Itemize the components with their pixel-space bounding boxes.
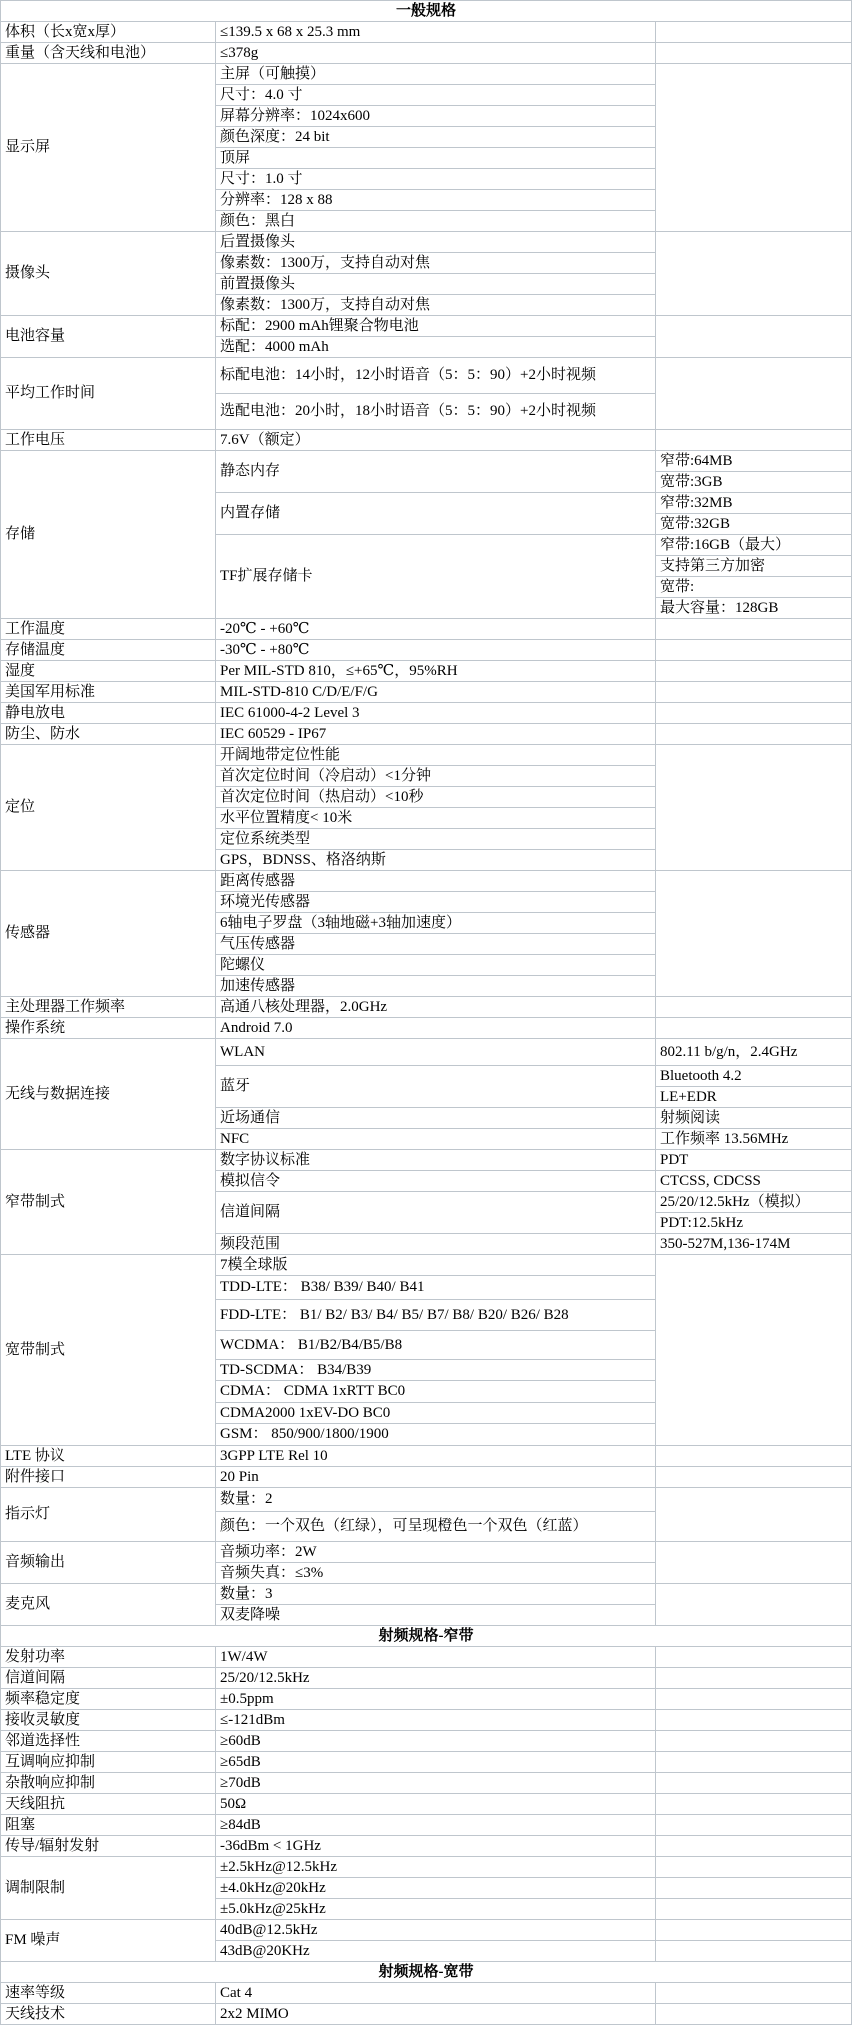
spec-value-cell: 像素数：1300万，支持自动对焦 <box>216 295 656 316</box>
spec-label-cell: 天线阻抗 <box>1 1794 216 1815</box>
spec-value-cell: 标配电池：14小时，12小时语音（5：5：90）+2小时视频 <box>216 358 656 394</box>
section-header-row: 一般规格 <box>1 1 852 22</box>
spec-value-cell: 尺寸：1.0 寸 <box>216 169 656 190</box>
spec-value-cell: WCDMA： B1/B2/B4/B5/B8 <box>216 1331 656 1360</box>
spec-value-cell: TDD-LTE： B38/ B39/ B40/ B41 <box>216 1276 656 1300</box>
spec-value-cell: 40dB@12.5kHz <box>216 1920 656 1941</box>
spec-value-cell: CDMA： CDMA 1xRTT BC0 <box>216 1381 656 1403</box>
spec-note-cell <box>656 1920 852 1941</box>
spec-value-cell: 双麦降噪 <box>216 1605 656 1626</box>
spec-value-cell: 25/20/12.5kHz <box>216 1668 656 1689</box>
spec-label-cell: 音频输出 <box>1 1542 216 1584</box>
table-row: 防尘、防水IEC 60529 - IP67 <box>1 724 852 745</box>
spec-value-cell: ≤378g <box>216 43 656 64</box>
spec-value-cell: 标配：2900 mAh锂聚合物电池 <box>216 316 656 337</box>
spec-value-cell: 屏幕分辨率：1024x600 <box>216 106 656 127</box>
spec-value-cell: FDD-LTE： B1/ B2/ B3/ B4/ B5/ B7/ B8/ B20… <box>216 1300 656 1331</box>
spec-label-cell: 摄像头 <box>1 232 216 316</box>
table-row: 接收灵敏度≤-121dBm <box>1 1710 852 1731</box>
spec-note-cell: 802.11 b/g/n，2.4GHz <box>656 1039 852 1066</box>
spec-value-cell: 蓝牙 <box>216 1066 656 1108</box>
section-header-row: 射频规格-宽带 <box>1 1962 852 1983</box>
table-row: 窄带制式数字协议标准PDT <box>1 1150 852 1171</box>
spec-note-cell: 支持第三方加密 <box>656 556 852 577</box>
spec-label-cell: 天线技术 <box>1 2004 216 2025</box>
spec-label-cell: 存储 <box>1 451 216 619</box>
spec-value-cell: 频段范围 <box>216 1234 656 1255</box>
table-row: 天线技术2x2 MIMO <box>1 2004 852 2025</box>
spec-label-cell: 邻道选择性 <box>1 1731 216 1752</box>
section-header: 射频规格-宽带 <box>1 1962 852 1983</box>
spec-value-cell: 陀螺仪 <box>216 955 656 976</box>
spec-note-cell: 窄带:16GB（最大） <box>656 535 852 556</box>
spec-value-cell: 3GPP LTE Rel 10 <box>216 1446 656 1467</box>
spec-value-cell: -20℃ - +60℃ <box>216 619 656 640</box>
spec-note-cell <box>656 1878 852 1899</box>
spec-value-cell: 音频失真：≤3% <box>216 1563 656 1584</box>
spec-value-cell: 选配：4000 mAh <box>216 337 656 358</box>
table-row: 宽带制式7模全球版 <box>1 1255 852 1276</box>
spec-label-cell: 工作温度 <box>1 619 216 640</box>
spec-value-cell: 静态内存 <box>216 451 656 493</box>
spec-value-cell: 50Ω <box>216 1794 656 1815</box>
spec-value-cell: 水平位置精度< 10米 <box>216 808 656 829</box>
spec-label-cell: 电池容量 <box>1 316 216 358</box>
spec-note-cell: 宽带:3GB <box>656 472 852 493</box>
spec-value-cell: 环境光传感器 <box>216 892 656 913</box>
spec-label-cell: 窄带制式 <box>1 1150 216 1255</box>
spec-note-cell <box>656 640 852 661</box>
spec-value-cell: 主屏（可触摸） <box>216 64 656 85</box>
spec-label-cell: 发射功率 <box>1 1647 216 1668</box>
spec-value-cell: 颜色深度：24 bit <box>216 127 656 148</box>
spec-note-cell <box>656 2004 852 2025</box>
spec-value-cell: IEC 61000-4-2 Level 3 <box>216 703 656 724</box>
table-row: 速率等级Cat 4 <box>1 1983 852 2004</box>
spec-value-cell: 首次定位时间（冷启动）<1分钟 <box>216 766 656 787</box>
spec-note-cell <box>656 997 852 1018</box>
spec-label-cell: 湿度 <box>1 661 216 682</box>
spec-value-cell: TD-SCDMA： B34/B39 <box>216 1360 656 1381</box>
spec-value-cell: 前置摄像头 <box>216 274 656 295</box>
spec-note-cell <box>656 1467 852 1488</box>
spec-label-cell: 传感器 <box>1 871 216 997</box>
spec-note-cell <box>656 1794 852 1815</box>
spec-label-cell: 信道间隔 <box>1 1668 216 1689</box>
table-row: 主处理器工作频率高通八核处理器，2.0GHz <box>1 997 852 1018</box>
table-row: 工作温度-20℃ - +60℃ <box>1 619 852 640</box>
spec-note-cell: 25/20/12.5kHz（模拟） <box>656 1192 852 1213</box>
spec-value-cell: 开阔地带定位性能 <box>216 745 656 766</box>
spec-label-cell: 互调响应抑制 <box>1 1752 216 1773</box>
spec-label-cell: 麦克风 <box>1 1584 216 1626</box>
table-row: 操作系统Android 7.0 <box>1 1018 852 1039</box>
spec-note-cell <box>656 232 852 316</box>
table-row: 调制限制±2.5kHz@12.5kHz <box>1 1857 852 1878</box>
spec-note-cell <box>656 1983 852 2004</box>
spec-value-cell: 尺寸：4.0 寸 <box>216 85 656 106</box>
spec-value-cell: 模拟信令 <box>216 1171 656 1192</box>
table-row: 电池容量标配：2900 mAh锂聚合物电池 <box>1 316 852 337</box>
spec-value-cell: 气压传感器 <box>216 934 656 955</box>
spec-value-cell: 7模全球版 <box>216 1255 656 1276</box>
spec-value-cell: 43dB@20KHz <box>216 1941 656 1962</box>
spec-value-cell: WLAN <box>216 1039 656 1066</box>
spec-label-cell: 显示屏 <box>1 64 216 232</box>
spec-label-cell: 传导/辐射发射 <box>1 1836 216 1857</box>
spec-label-cell: FM 噪声 <box>1 1920 216 1962</box>
spec-note-cell: 射频阅读 <box>656 1108 852 1129</box>
spec-table: 一般规格体积（长x宽x厚）≤139.5 x 68 x 25.3 mm重量（含天线… <box>0 0 852 2025</box>
spec-value-cell: IEC 60529 - IP67 <box>216 724 656 745</box>
spec-note-cell <box>656 871 852 997</box>
table-row: FM 噪声40dB@12.5kHz <box>1 1920 852 1941</box>
spec-label-cell: 操作系统 <box>1 1018 216 1039</box>
spec-value-cell: -30℃ - +80℃ <box>216 640 656 661</box>
spec-value-cell: Cat 4 <box>216 1983 656 2004</box>
spec-note-cell <box>656 1815 852 1836</box>
table-row: 信道间隔25/20/12.5kHz <box>1 1668 852 1689</box>
spec-value-cell: 2x2 MIMO <box>216 2004 656 2025</box>
table-row: 指示灯数量：2 <box>1 1488 852 1512</box>
spec-value-cell: 加速传感器 <box>216 976 656 997</box>
spec-value-cell: 数量：2 <box>216 1488 656 1512</box>
spec-value-cell: 分辨率：128 x 88 <box>216 190 656 211</box>
spec-note-cell <box>656 43 852 64</box>
spec-value-cell: NFC <box>216 1129 656 1150</box>
spec-value-cell: GSM： 850/900/1800/1900 <box>216 1424 656 1446</box>
spec-note-cell <box>656 1899 852 1920</box>
table-row: 互调响应抑制≥65dB <box>1 1752 852 1773</box>
spec-note-cell <box>656 682 852 703</box>
spec-value-cell: CDMA2000 1xEV-DO BC0 <box>216 1403 656 1424</box>
spec-note-cell <box>656 1018 852 1039</box>
spec-note-cell: LE+EDR <box>656 1087 852 1108</box>
spec-label-cell: 调制限制 <box>1 1857 216 1920</box>
spec-value-cell: ±0.5ppm <box>216 1689 656 1710</box>
spec-value-cell: ≥65dB <box>216 1752 656 1773</box>
table-row: 存储温度-30℃ - +80℃ <box>1 640 852 661</box>
table-row: 工作电压7.6V（额定） <box>1 430 852 451</box>
table-row: 存储静态内存窄带:64MB <box>1 451 852 472</box>
spec-value-cell: TF扩展存储卡 <box>216 535 656 619</box>
spec-value-cell: 数字协议标准 <box>216 1150 656 1171</box>
spec-value-cell: ±2.5kHz@12.5kHz <box>216 1857 656 1878</box>
spec-value-cell: 距离传感器 <box>216 871 656 892</box>
spec-table-body: 一般规格体积（长x宽x厚）≤139.5 x 68 x 25.3 mm重量（含天线… <box>1 1 852 2025</box>
table-row: 附件接口20 Pin <box>1 1467 852 1488</box>
spec-label-cell: 速率等级 <box>1 1983 216 2004</box>
spec-label-cell: 频率稳定度 <box>1 1689 216 1710</box>
spec-label-cell: 宽带制式 <box>1 1255 216 1446</box>
spec-value-cell: ≤139.5 x 68 x 25.3 mm <box>216 22 656 43</box>
spec-note-cell <box>656 430 852 451</box>
table-row: 发射功率1W/4W <box>1 1647 852 1668</box>
spec-value-cell: MIL-STD-810 C/D/E/F/G <box>216 682 656 703</box>
spec-label-cell: 阻塞 <box>1 1815 216 1836</box>
spec-note-cell: Bluetooth 4.2 <box>656 1066 852 1087</box>
table-row: 传感器距离传感器 <box>1 871 852 892</box>
spec-value-cell: ≥60dB <box>216 1731 656 1752</box>
spec-value-cell: ≥84dB <box>216 1815 656 1836</box>
spec-note-cell <box>656 1710 852 1731</box>
spec-value-cell: 高通八核处理器，2.0GHz <box>216 997 656 1018</box>
spec-note-cell <box>656 1647 852 1668</box>
table-row: 邻道选择性≥60dB <box>1 1731 852 1752</box>
spec-note-cell: PDT:12.5kHz <box>656 1213 852 1234</box>
table-row: 杂散响应抑制≥70dB <box>1 1773 852 1794</box>
spec-note-cell: 工作频率 13.56MHz <box>656 1129 852 1150</box>
table-row: 静电放电IEC 61000-4-2 Level 3 <box>1 703 852 724</box>
spec-note-cell <box>656 1488 852 1542</box>
spec-value-cell: 内置存储 <box>216 493 656 535</box>
spec-value-cell: GPS，BDNSS、格洛纳斯 <box>216 850 656 871</box>
spec-note-cell <box>656 724 852 745</box>
spec-value-cell: 6轴电子罗盘（3轴地磁+3轴加速度） <box>216 913 656 934</box>
spec-note-cell: 窄带:32MB <box>656 493 852 514</box>
spec-value-cell: 顶屏 <box>216 148 656 169</box>
spec-value-cell: Android 7.0 <box>216 1018 656 1039</box>
spec-value-cell: 首次定位时间（热启动）<10秒 <box>216 787 656 808</box>
table-row: 音频输出音频功率：2W <box>1 1542 852 1563</box>
spec-note-cell <box>656 1255 852 1446</box>
spec-value-cell: 后置摄像头 <box>216 232 656 253</box>
table-row: 麦克风数量：3 <box>1 1584 852 1605</box>
spec-label-cell: 无线与数据连接 <box>1 1039 216 1150</box>
spec-value-cell: ≥70dB <box>216 1773 656 1794</box>
table-row: 显示屏主屏（可触摸） <box>1 64 852 85</box>
spec-value-cell: ±4.0kHz@20kHz <box>216 1878 656 1899</box>
spec-note-cell <box>656 1446 852 1467</box>
spec-value-cell: 数量：3 <box>216 1584 656 1605</box>
table-row: 重量（含天线和电池）≤378g <box>1 43 852 64</box>
table-row: 阻塞≥84dB <box>1 1815 852 1836</box>
spec-label-cell: 杂散响应抑制 <box>1 1773 216 1794</box>
spec-note-cell <box>656 661 852 682</box>
spec-note-cell <box>656 1689 852 1710</box>
spec-note-cell <box>656 358 852 430</box>
spec-note-cell <box>656 1752 852 1773</box>
table-row: 平均工作时间标配电池：14小时，12小时语音（5：5：90）+2小时视频 <box>1 358 852 394</box>
spec-value-cell: ±5.0kHz@25kHz <box>216 1899 656 1920</box>
spec-value-cell: -36dBm < 1GHz <box>216 1836 656 1857</box>
section-header: 一般规格 <box>1 1 852 22</box>
spec-label-cell: 平均工作时间 <box>1 358 216 430</box>
spec-label-cell: 防尘、防水 <box>1 724 216 745</box>
table-row: 天线阻抗50Ω <box>1 1794 852 1815</box>
spec-label-cell: LTE 协议 <box>1 1446 216 1467</box>
spec-note-cell: PDT <box>656 1150 852 1171</box>
spec-label-cell: 静电放电 <box>1 703 216 724</box>
spec-note-cell <box>656 64 852 232</box>
spec-note-cell <box>656 1773 852 1794</box>
spec-value-cell: 1W/4W <box>216 1647 656 1668</box>
table-row: 频率稳定度±0.5ppm <box>1 1689 852 1710</box>
spec-note-cell: 最大容量：128GB <box>656 598 852 619</box>
spec-value-cell: ≤-121dBm <box>216 1710 656 1731</box>
spec-value-cell: 信道间隔 <box>216 1192 656 1234</box>
spec-note-cell: CTCSS, CDCSS <box>656 1171 852 1192</box>
table-row: LTE 协议3GPP LTE Rel 10 <box>1 1446 852 1467</box>
spec-label-cell: 工作电压 <box>1 430 216 451</box>
spec-note-cell <box>656 1941 852 1962</box>
spec-value-cell: 定位系统类型 <box>216 829 656 850</box>
spec-label-cell: 定位 <box>1 745 216 871</box>
table-row: 无线与数据连接WLAN802.11 b/g/n，2.4GHz <box>1 1039 852 1066</box>
spec-note-cell <box>656 619 852 640</box>
section-header-row: 射频规格-窄带 <box>1 1626 852 1647</box>
spec-value-cell: 像素数：1300万，支持自动对焦 <box>216 253 656 274</box>
spec-label-cell: 存储温度 <box>1 640 216 661</box>
spec-value-cell: 音频功率：2W <box>216 1542 656 1563</box>
spec-note-cell <box>656 1836 852 1857</box>
spec-note-cell <box>656 316 852 358</box>
spec-note-cell <box>656 1584 852 1626</box>
spec-label-cell: 体积（长x宽x厚） <box>1 22 216 43</box>
spec-note-cell: 350-527M,136-174M <box>656 1234 852 1255</box>
spec-label-cell: 附件接口 <box>1 1467 216 1488</box>
table-row: 摄像头后置摄像头 <box>1 232 852 253</box>
table-row: 传导/辐射发射-36dBm < 1GHz <box>1 1836 852 1857</box>
spec-note-cell <box>656 745 852 871</box>
spec-label-cell: 指示灯 <box>1 1488 216 1542</box>
spec-label-cell: 接收灵敏度 <box>1 1710 216 1731</box>
section-header: 射频规格-窄带 <box>1 1626 852 1647</box>
table-row: 湿度Per MIL-STD 810，≤+65℃，95%RH <box>1 661 852 682</box>
table-row: 体积（长x宽x厚）≤139.5 x 68 x 25.3 mm <box>1 22 852 43</box>
table-row: 定位开阔地带定位性能 <box>1 745 852 766</box>
spec-value-cell: 近场通信 <box>216 1108 656 1129</box>
spec-note-cell <box>656 703 852 724</box>
spec-label-cell: 主处理器工作频率 <box>1 997 216 1018</box>
spec-note-cell <box>656 22 852 43</box>
spec-note-cell <box>656 1542 852 1584</box>
spec-value-cell: Per MIL-STD 810，≤+65℃，95%RH <box>216 661 656 682</box>
spec-value-cell: 20 Pin <box>216 1467 656 1488</box>
spec-note-cell: 宽带: <box>656 577 852 598</box>
spec-note-cell: 宽带:32GB <box>656 514 852 535</box>
spec-label-cell: 重量（含天线和电池） <box>1 43 216 64</box>
spec-note-cell <box>656 1668 852 1689</box>
table-row: 美国军用标准MIL-STD-810 C/D/E/F/G <box>1 682 852 703</box>
spec-value-cell: 颜色：黑白 <box>216 211 656 232</box>
spec-note-cell <box>656 1731 852 1752</box>
spec-value-cell: 颜色：一个双色（红绿），可呈现橙色一个双色（红蓝） <box>216 1512 656 1542</box>
spec-note-cell: 窄带:64MB <box>656 451 852 472</box>
spec-value-cell: 选配电池：20小时，18小时语音（5：5：90）+2小时视频 <box>216 394 656 430</box>
spec-note-cell <box>656 1857 852 1878</box>
spec-label-cell: 美国军用标准 <box>1 682 216 703</box>
spec-value-cell: 7.6V（额定） <box>216 430 656 451</box>
